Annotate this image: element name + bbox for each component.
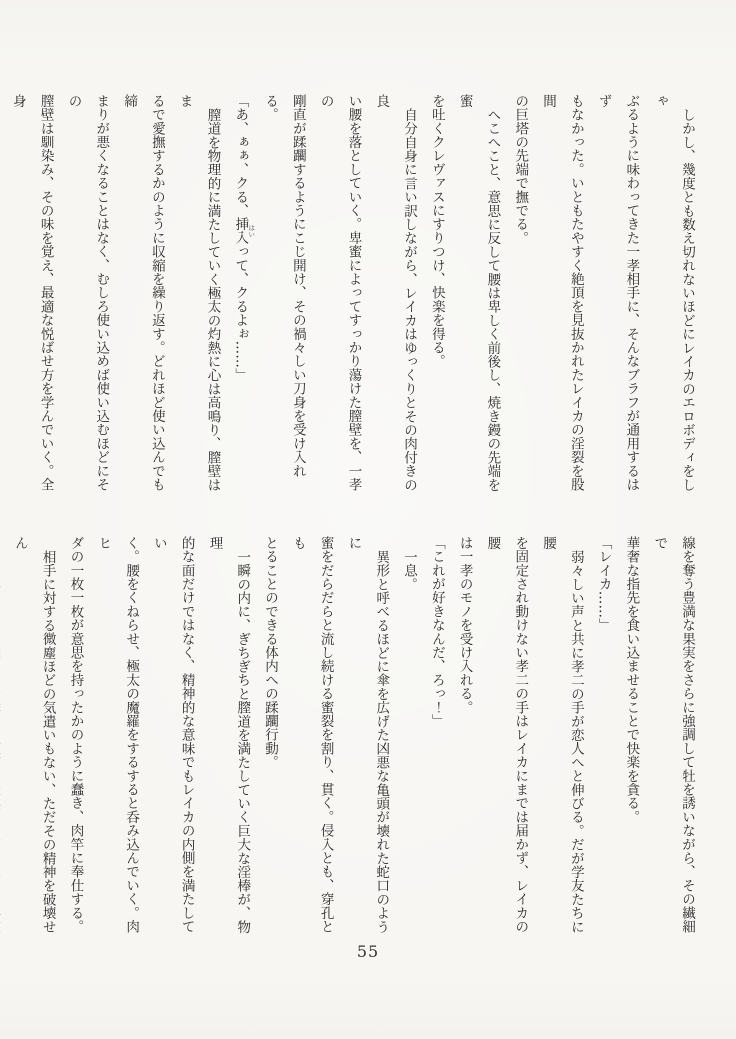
text-line: 膣道を物理的に満たしていく極太の灼熱に心は高鳴り、膣壁はま: [170, 94, 226, 504]
text-line: 一瞬の内に、ぎちぎちと膣道を満たしていく巨大な淫棒が、物理: [200, 536, 256, 946]
text-line: もなかった。いともたやすく絶頂を見抜かれたレイカの淫裂を股間: [533, 94, 589, 504]
text-line: とする暴力的な一突き。一瞬で、膣道の最奥、子宮の入口に毒蛇が: [0, 536, 5, 946]
text-line: 的な面だけではなく、精神的な意味でもレイカの内側を満たしてい: [144, 536, 200, 946]
text-line: 膣壁は馴染み、その味を覚え、最適な悦ばせ方を学んでいく。全身: [3, 94, 59, 504]
text-block-bottom: 線を奪う豊満な果実をさらに強調して牡を誘いながら、その繊細で華奢な指先を食い込ま…: [0, 536, 700, 946]
page-number: 55: [0, 942, 736, 961]
text-line: ぶるように味わってきた一孝相手に、そんなブラフが通用するはず: [589, 94, 645, 504]
text-line: 華奢な指先を食い込ませることで快楽を貪る。: [617, 536, 645, 946]
text-line: 自分自身に言い訳しながら、レイカはゆっくりとその肉付きの良: [366, 94, 422, 504]
text-line: を鍛えぬいたレイカだからこそ持つ極上の名器。一孝の陵辱にすっ: [0, 94, 3, 504]
text-line: 剛直が蹂躙するようにこじ開け、その禍々しい刀身を受け入れる。: [255, 94, 311, 504]
text-line: の巨塔の先端で撫でる。: [505, 94, 533, 504]
text-line: を吐くクレヴァスにすりつけ、快楽を得る。: [422, 94, 450, 504]
text-block-top: しかし、幾度とも数え切れないほどにレイカのエロボディをしゃぶるように味わってきた…: [0, 94, 700, 504]
book-page: しかし、幾度とも数え切れないほどにレイカのエロボディをしゃぶるように味わってきた…: [0, 0, 736, 1039]
text-line: ダの一枚一枚が意思を持ったかのように蠢き、肉竿に奉仕する。: [61, 536, 89, 946]
text-line: 相手に対する微塵ほどの気遣いもない、ただその精神を破壊せん: [5, 536, 61, 946]
text-line: 「これが好きなんだ、ろっ！」: [422, 536, 450, 946]
text-line: い腰を落としていく。卑蜜によってすっかり蕩けた膣壁を、一孝の: [311, 94, 367, 504]
text-line: るで愛撫するかのように収縮を繰り返す。どれほど使い込んでも締: [114, 94, 170, 504]
text-line: 異形と呼べるほどに傘を広げた凶悪な亀頭が壊れた蛇口のように: [339, 536, 395, 946]
text-line: 「レイカ……」: [589, 536, 617, 946]
text-line: を固定され動けない孝二の手はレイカにまでは届かず、レイカの腰: [478, 536, 534, 946]
text-line: は一孝のモノを受け入れる。: [450, 536, 478, 946]
text-line: まりが悪くなることはなく、むしろ使い込めば使い込むほどにその: [59, 94, 115, 504]
text-line: とることのできる体内への蹂躙行動。: [255, 536, 283, 946]
text-line: く。腰をくねらせ、極太の魔羅をするすると呑み込んでいく。肉ヒ: [88, 536, 144, 946]
text-line: 弱々しい声と共に孝二の手が恋人へと伸びる。だが学友たちに腰: [533, 536, 589, 946]
text-line: 「あ、ぁぁ、クる、挿入はいって、クるよぉ……」: [225, 94, 255, 504]
text-line: 一息。: [394, 536, 422, 946]
text-line: 蜜をだらだらと流し続ける蜜裂を割り、貫く。侵入とも、穿孔とも: [283, 536, 339, 946]
text-line: 線を奪う豊満な果実をさらに強調して牡を誘いながら、その繊細で: [644, 536, 700, 946]
text-line: しかし、幾度とも数え切れないほどにレイカのエロボディをしゃ: [644, 94, 700, 504]
text-line: へこへこと、意思に反して腰は卑しく前後し、焼き鏝の先端を蜜: [450, 94, 506, 504]
